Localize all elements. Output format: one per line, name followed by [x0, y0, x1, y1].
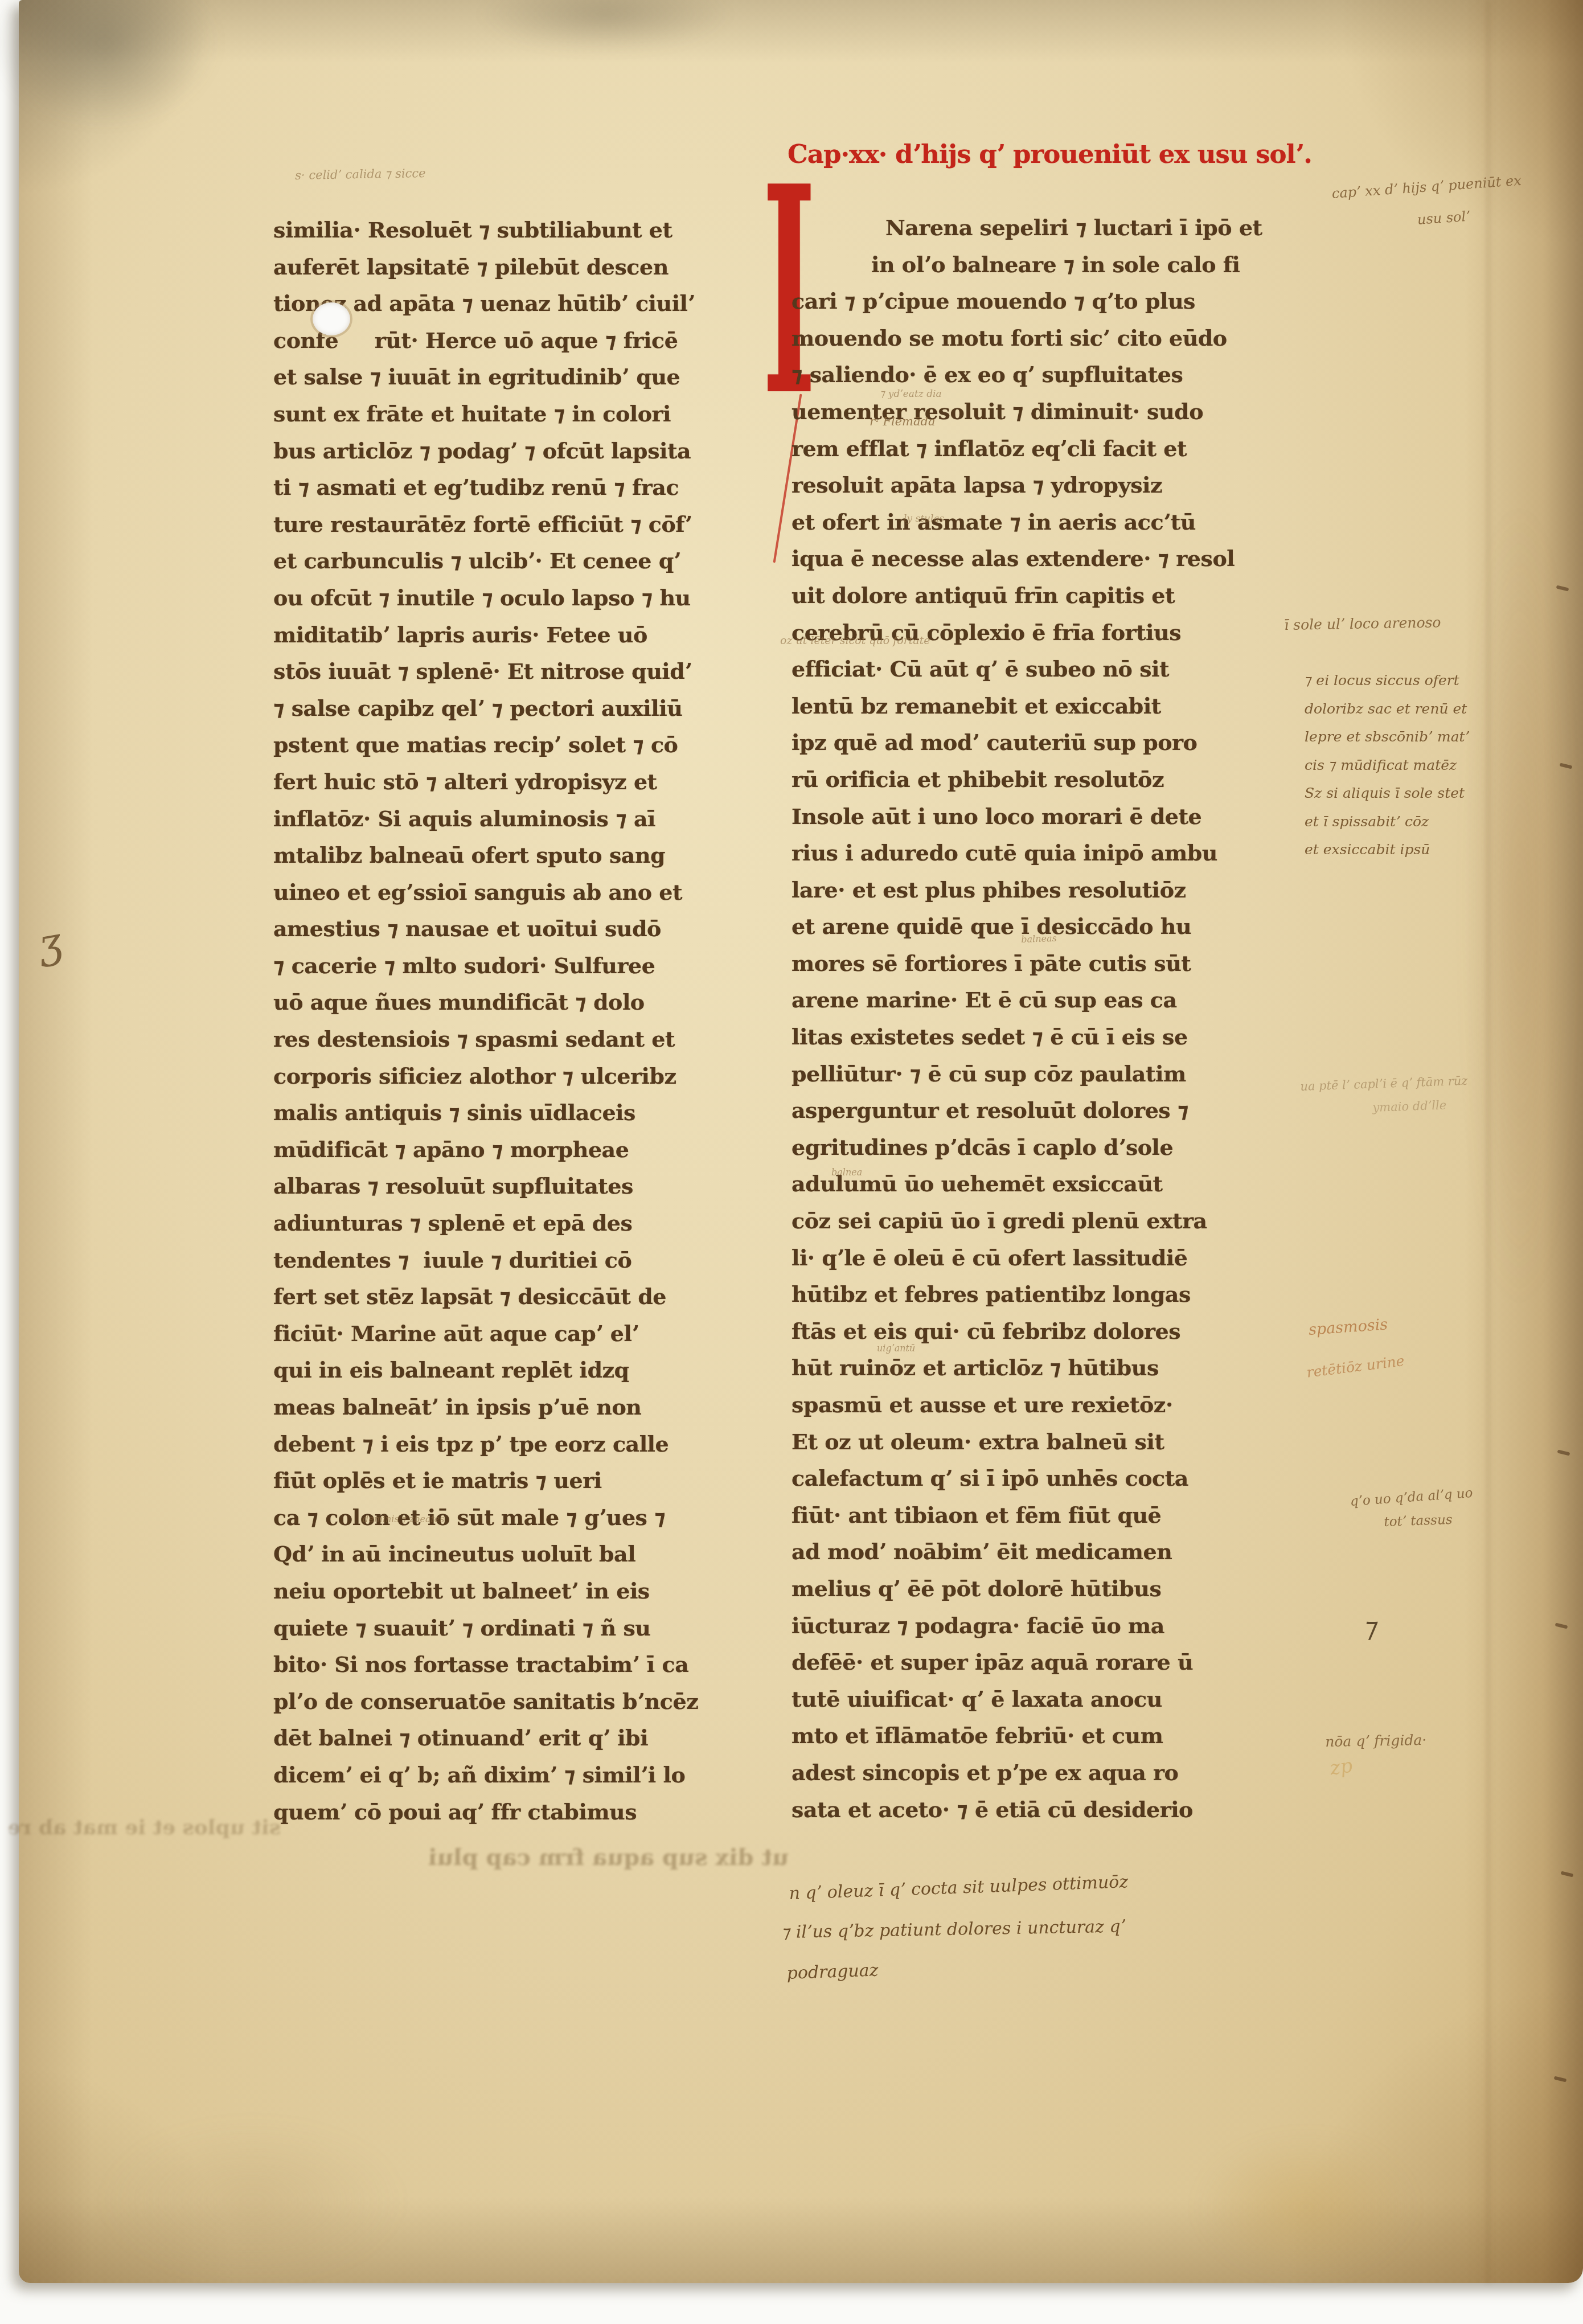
margin-note-line: ⁊ ei locus siccus ofert — [1305, 666, 1470, 695]
manuscript-line: amestius ⁊ nausae et uoītui sudō — [273, 911, 757, 948]
manuscript-line: Narena sepeliri ⁊ luctari ī ipō et — [791, 210, 1276, 247]
manuscript-line: uineo et egʼssioī sanguis ab ano et — [273, 874, 757, 911]
manuscript-line: iūcturaz ⁊ podagra· faciē ūo ma — [791, 1608, 1276, 1645]
manuscript-line: miditatibʼ lapris auris· Fetee uō — [273, 617, 757, 654]
manuscript-line: li· qʼle ē oleū ē cū ofert lassitudiē — [791, 1240, 1276, 1277]
manuscript-line: sunt ex frāte et huitate ⁊ in colori — [273, 396, 757, 433]
manuscript-line: tutē uiuificat· qʼ ē laxata anocu — [791, 1681, 1276, 1718]
margin-note: ⁊ ydʼeatz dia — [880, 388, 942, 400]
margin-note-line: cis ⁊ mūdificat matēz — [1305, 751, 1470, 780]
margin-note: ī sole ulʼ loco arenoso — [1284, 614, 1441, 633]
manuscript-line: rius i aduredo cutē quia inipō ambu — [791, 835, 1276, 872]
margin-note: ut dix sup aqua frm cap plui — [428, 1844, 789, 1871]
manuscript-line: rem efflat ⁊ inflatōz eqʼcli facit et — [791, 431, 1276, 468]
manuscript-line: efficiat· Cū aūt qʼ ē subeo nō sit — [791, 651, 1276, 688]
binding-stitch — [1556, 585, 1569, 591]
binding-stitch — [1557, 1449, 1570, 1456]
manuscript-line: cari ⁊ pʼcipue mouendo ⁊ qʼto plus — [791, 283, 1276, 320]
manuscript-line: uō aque ñues mundificāt ⁊ dolo — [273, 984, 757, 1021]
manuscript-line: ⁊ cacerie ⁊ mlto sudori· Sulfuree — [273, 948, 757, 985]
manuscript-line: bito· Si nos fortasse tractabimʼ ī ca — [273, 1646, 757, 1683]
margin-note: capʼ xx dʼ hijs qʼ pueniūt ex — [1331, 173, 1522, 202]
manuscript-line: et carbunculis ⁊ ulcibʼ· Et cenee qʼ — [273, 543, 757, 580]
stain-top-edge — [480, 0, 731, 51]
parchment-hole — [313, 302, 350, 335]
manuscript-line: fiūt oplēs et ie matris ⁊ ueri — [273, 1462, 757, 1499]
manuscript-line: uit dolore antiquū frīn capitis et — [791, 577, 1276, 614]
margin-note-line: lepre et sbscōnibʼ matʼ — [1305, 723, 1470, 751]
manuscript-line: cōz sei capiū ūo ī gredi plenū extra — [791, 1203, 1276, 1240]
margin-note-line: Sz si aliquis ī sole stet — [1305, 779, 1470, 808]
manuscript-line: meas balneātʼ in ipsis pʼuē non — [273, 1389, 757, 1426]
manuscript-line: ti ⁊ asmati et egʼtudibz renū ⁊ frac — [273, 469, 757, 506]
manuscript-line: asperguntur et resoluūt dolores ⁊ — [791, 1092, 1276, 1129]
manuscript-line: Et oz ut oleum· extra balneū sit — [791, 1424, 1276, 1461]
manuscript-line: similia· Resoluēt ⁊ subtiliabunt et — [273, 212, 757, 249]
manuscript-line: res destensiois ⁊ spasmi sedant et — [273, 1021, 757, 1058]
manuscript-line: plʼo de conseruatōe sanitatis bʼncēz — [273, 1683, 757, 1720]
manuscript-line: mto et īflāmatōe febriū· et cum — [791, 1718, 1276, 1755]
margin-note: usu solʼ — [1417, 208, 1471, 228]
manuscript-line: pstent que matias recipʼ solet ⁊ cō — [273, 727, 757, 764]
manuscript-page: Cap·xx· dʼhijs qʼ proueniūt ex usu solʼ.… — [19, 0, 1583, 2283]
manuscript-line: tendentes ⁊ iuule ⁊ duritiei cō — [273, 1242, 757, 1279]
stain-right-band — [1471, 501, 1568, 1310]
manuscript-line: iqua ē necesse alas extendere· ⁊ resol — [791, 540, 1276, 577]
binding-stitch — [1555, 1622, 1568, 1629]
manuscript-line: fiūt· ant tibiaon et fēm fiūt quē — [791, 1497, 1276, 1534]
manuscript-line: sata et aceto· ⁊ ē etiā cū desiderio — [791, 1792, 1276, 1829]
manuscript-line: qui in eis balneant replēt idzq — [273, 1352, 757, 1389]
margin-note: nōa qʼ frigida· — [1325, 1732, 1426, 1750]
manuscript-line: debent ⁊ i eis tpz pʼ tpe eorz calle — [273, 1426, 757, 1463]
binding-stitch — [1561, 1871, 1574, 1877]
stain-top-left — [0, 0, 218, 125]
manuscript-line: fert set stēz lapsāt ⁊ desiccāūt de — [273, 1278, 757, 1315]
margin-note: oz ut lēter sicot quō fortate — [780, 634, 930, 647]
manuscript-line: corporis sificiez alothor ⁊ ulceribz — [273, 1058, 757, 1095]
margin-note: balneas — [1021, 933, 1057, 945]
manuscript-line: et salse ⁊ iuuāt in egritudinibʼ que — [273, 359, 757, 396]
manuscript-line: ou ofcūt ⁊ inutile ⁊ oculo lapso ⁊ hu — [273, 580, 757, 617]
manuscript-line: auferēt lapsitatē ⁊ pilebūt descen — [273, 249, 757, 286]
margin-note: deminis ⁊ zbeates — [363, 1514, 445, 1524]
manuscript-line: in olʼo balneare ⁊ in sole calo fi — [791, 247, 1276, 284]
margin-note: spasmosis — [1308, 1315, 1388, 1339]
margin-note: totʼ tassus — [1384, 1513, 1453, 1530]
manuscript-line: egritudines pʼdcās ī caplo dʼsole — [791, 1129, 1276, 1166]
stain-bottom-left — [104, 2124, 400, 2278]
manuscript-line: adest sincopis et pʼpe ex aqua ro — [791, 1755, 1276, 1792]
manuscript-line: et ofert in asmate ⁊ in aeris accʼtū — [791, 504, 1276, 541]
manuscript-line: fert huic stō ⁊ alteri ydropisyz et — [273, 764, 757, 801]
manuscript-line: bus articlōz ⁊ podagʼ ⁊ ofcūt lapsita — [273, 433, 757, 470]
margin-note: balnea — [831, 1167, 862, 1178]
manuscript-line: Insole aūt i uno loco morari ē dete — [791, 798, 1276, 835]
manuscript-line: ad modʼ noābimʼ ēit medicamen — [791, 1534, 1276, 1571]
manuscript-line: calefactum qʼ si ī ipō unhēs cocta — [791, 1460, 1276, 1497]
margin-note: ly stulas — [904, 513, 944, 524]
manuscript-line: melius qʼ ēē pōt dolorē hūtibus — [791, 1571, 1276, 1608]
manuscript-line: neiu oportebit ut balneetʼ in eis — [273, 1573, 757, 1610]
margin-note: ⁊ — [1364, 1612, 1377, 1643]
manuscript-line: lare· et est plus phibes resolutiōz — [791, 872, 1276, 909]
manuscript-line: litas existetes sedet ⁊ ē cū ī eis se — [791, 1019, 1276, 1056]
manuscript-line: pelliūtur· ⁊ ē cū sup cōz paulatim — [791, 1056, 1276, 1093]
manuscript-line: ficiūt· Marine aūt aque capʼ elʼ — [273, 1315, 757, 1352]
margin-note: ua ptē lʼ caplʼi ē qʼ ftām rūz — [1300, 1074, 1468, 1093]
margin-note-block: ⁊ ei locus siccus ofertdoloribz sac et r… — [1305, 666, 1470, 864]
manuscript-line: Qdʼ in aū incineutus uoluīt bal — [273, 1536, 757, 1573]
margin-note-line: et ī spissabitʼ cōz — [1305, 808, 1470, 836]
margin-note: r· Flemāda — [870, 415, 936, 428]
binding-stitch — [1554, 2076, 1567, 2082]
margin-note: retētiōz urine — [1306, 1352, 1405, 1381]
manuscript-line: quemʼ cō poui aqʼ ffr ctabimus — [273, 1794, 757, 1831]
manuscript-line: hūt ruinōz et articlōz ⁊ hūtibus — [791, 1350, 1276, 1387]
margin-note-line: et exsiccabit ipsū — [1305, 835, 1470, 864]
chapter-rubric: Cap·xx· dʼhijs qʼ proueniūt ex usu solʼ. — [788, 139, 1312, 169]
manuscript-line: mtalibz balneaū ofert sputo sang — [273, 837, 757, 874]
manuscript-line: ipz quē ad modʼ cauteriū sup poro — [791, 724, 1276, 761]
manuscript-line: arene marine· Et ē cū sup eas ca — [791, 982, 1276, 1019]
manuscript-line: rū orificia et phibebit resolutōz — [791, 761, 1276, 798]
binding-stitch — [1560, 763, 1573, 769]
margin-note: ʒ — [34, 917, 65, 969]
manuscript-line: resoluit apāta lapsa ⁊ ydropysiz — [791, 467, 1276, 504]
text-column-right: Narena sepeliri ⁊ luctari ī ipō etin olʼ… — [791, 210, 1276, 1828]
manuscript-line: dēt balnei ⁊ otinuandʼ erit qʼ ibi — [273, 1720, 757, 1757]
manuscript-line: uementer resoluit ⁊ diminuit· sudo — [791, 394, 1276, 431]
manuscript-line: ca ⁊ colon et iō sūt male ⁊ gʼues ⁊ — [273, 1499, 757, 1536]
margin-note: sit uplos et ie mat ab re — [7, 1815, 281, 1839]
manuscript-line: malis antiquis ⁊ sinis uīdlaceis — [273, 1095, 757, 1132]
manuscript-line: albaras ⁊ resoluūt supfluitates — [273, 1168, 757, 1205]
manuscript-line: mouendo se motu forti sicʼ cito eūdo — [791, 320, 1276, 357]
manuscript-line: adulumū ūo uehemēt exsiccaūt — [791, 1166, 1276, 1203]
margin-note: uigʼantū — [877, 1343, 915, 1354]
manuscript-line: hūtibz et febres patientibz longas — [791, 1276, 1276, 1313]
manuscript-line: spasmū et ausse et ure rexietōz· — [791, 1387, 1276, 1424]
manuscript-line: mores sē fortiores ī pāte cutis sūt — [791, 945, 1276, 982]
text-column-left: similia· Resoluēt ⁊ subtiliabunt etaufer… — [273, 212, 757, 1830]
stain-bottom-right — [1197, 2136, 1414, 2278]
margin-note: n qʼ oleuz ī qʼ cocta sit uulpes ottimuō… — [789, 1872, 1129, 1904]
margin-note: ⁊ ilʼus qʼbz patiunt dolores i uncturaz … — [782, 1916, 1126, 1942]
margin-note: qʼo uo qʼda alʼq uo — [1350, 1486, 1473, 1509]
gutter-crease — [1487, 0, 1490, 2283]
manuscript-line: lentū bz remanebit et exiccabit — [791, 688, 1276, 725]
manuscript-line: defēē· et super ipāz aquā rorare ū — [791, 1644, 1276, 1681]
manuscript-line: stōs iuuāt ⁊ splenē· Et nitrose quidʼ — [273, 653, 757, 690]
margin-note: podraguaz — [786, 1960, 879, 1983]
manuscript-line: adiunturas ⁊ splenē et epā des — [273, 1205, 757, 1242]
manuscript-line: inflatōz· Si aquis aluminosis ⁊ aī — [273, 801, 757, 838]
margin-note: zp — [1328, 1754, 1354, 1780]
manuscript-line: ⁊ salse capibz qelʼ ⁊ pectori auxiliū — [273, 690, 757, 727]
margin-note: s· celidʼ calida ⁊ sicce — [295, 166, 426, 182]
manuscript-line: mūdificāt ⁊ apāno ⁊ morpheae — [273, 1132, 757, 1169]
margin-note-line: doloribz sac et renū et — [1305, 695, 1470, 723]
margin-note: ymaio ddʼlle — [1372, 1098, 1447, 1114]
manuscript-line: ftās et eis qui· cū febribz dolores — [791, 1313, 1276, 1350]
manuscript-line: quiete ⁊ suauitʼ ⁊ ordinati ⁊ ñ su — [273, 1610, 757, 1647]
manuscript-line: ture restaurātēz fortē efficiūt ⁊ cōfʼ — [273, 506, 757, 543]
manuscript-line: ⁊ saliendo· ē ex eo qʼ supfluitates — [791, 356, 1276, 394]
manuscript-line: dicemʼ ei qʼ b; añ diximʼ ⁊ similʼi lo — [273, 1757, 757, 1794]
